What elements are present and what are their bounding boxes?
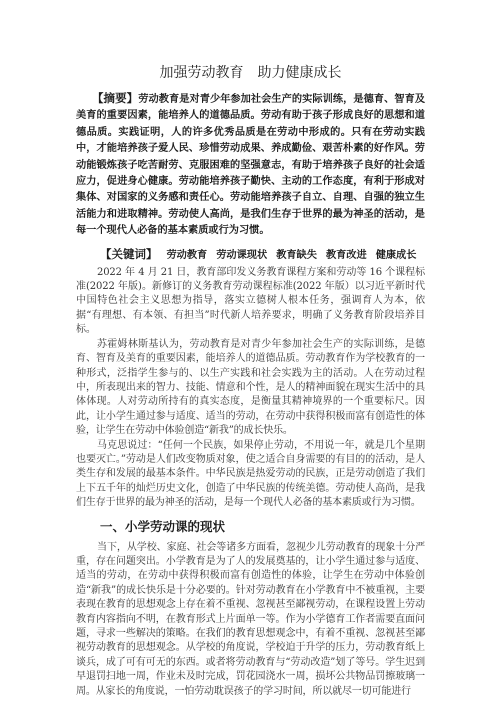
body-paragraph: 2022 年 4 月 21 日，教育部印发义务教育课程方案和劳动等 16 个课程… [76,266,425,338]
document-title: 加强劳动教育 助力健康成长 [76,62,425,84]
keyword: 教育改进 [326,250,367,261]
keyword: 劳动课现状 [216,250,267,261]
body-paragraph: 当下，从学校、家庭、社会等诸多方面看，忽视少儿劳动教育的现象十分严重，存在问题突… [76,541,425,699]
keyword: 教育缺失 [276,250,317,261]
keyword: 健康成长 [376,250,417,261]
abstract-label: 【摘要】 [92,91,138,105]
abstract-text: 劳动教育是对青少年参加社会生产的实际训练，是德育、智育及美育的重要因素，能培养人… [76,94,425,236]
keyword: 劳动教育 [167,250,208,261]
body-paragraph: 苏霍姆林斯基认为，劳动教育是对青少年参加社会生产的实际训练，是德育、智育及美育的… [76,338,425,439]
keywords-label: 【关键词】 [100,247,158,261]
section-heading: 一、小学劳动课的现状 [100,519,425,535]
body-paragraph: 马克思说过：“任何一个民族，如果停止劳动，不用说一年，就是几个星期也要灭亡。”劳… [76,439,425,511]
keywords: 【关键词】劳动教育劳动课现状教育缺失教育改进健康成长 [76,246,425,264]
document-page: 加强劳动教育 助力健康成长 【摘要】劳动教育是对青少年参加社会生产的实际训练，是… [76,62,425,699]
abstract: 【摘要】劳动教育是对青少年参加社会生产的实际训练，是德育、智育及美育的重要因素，… [76,90,425,240]
